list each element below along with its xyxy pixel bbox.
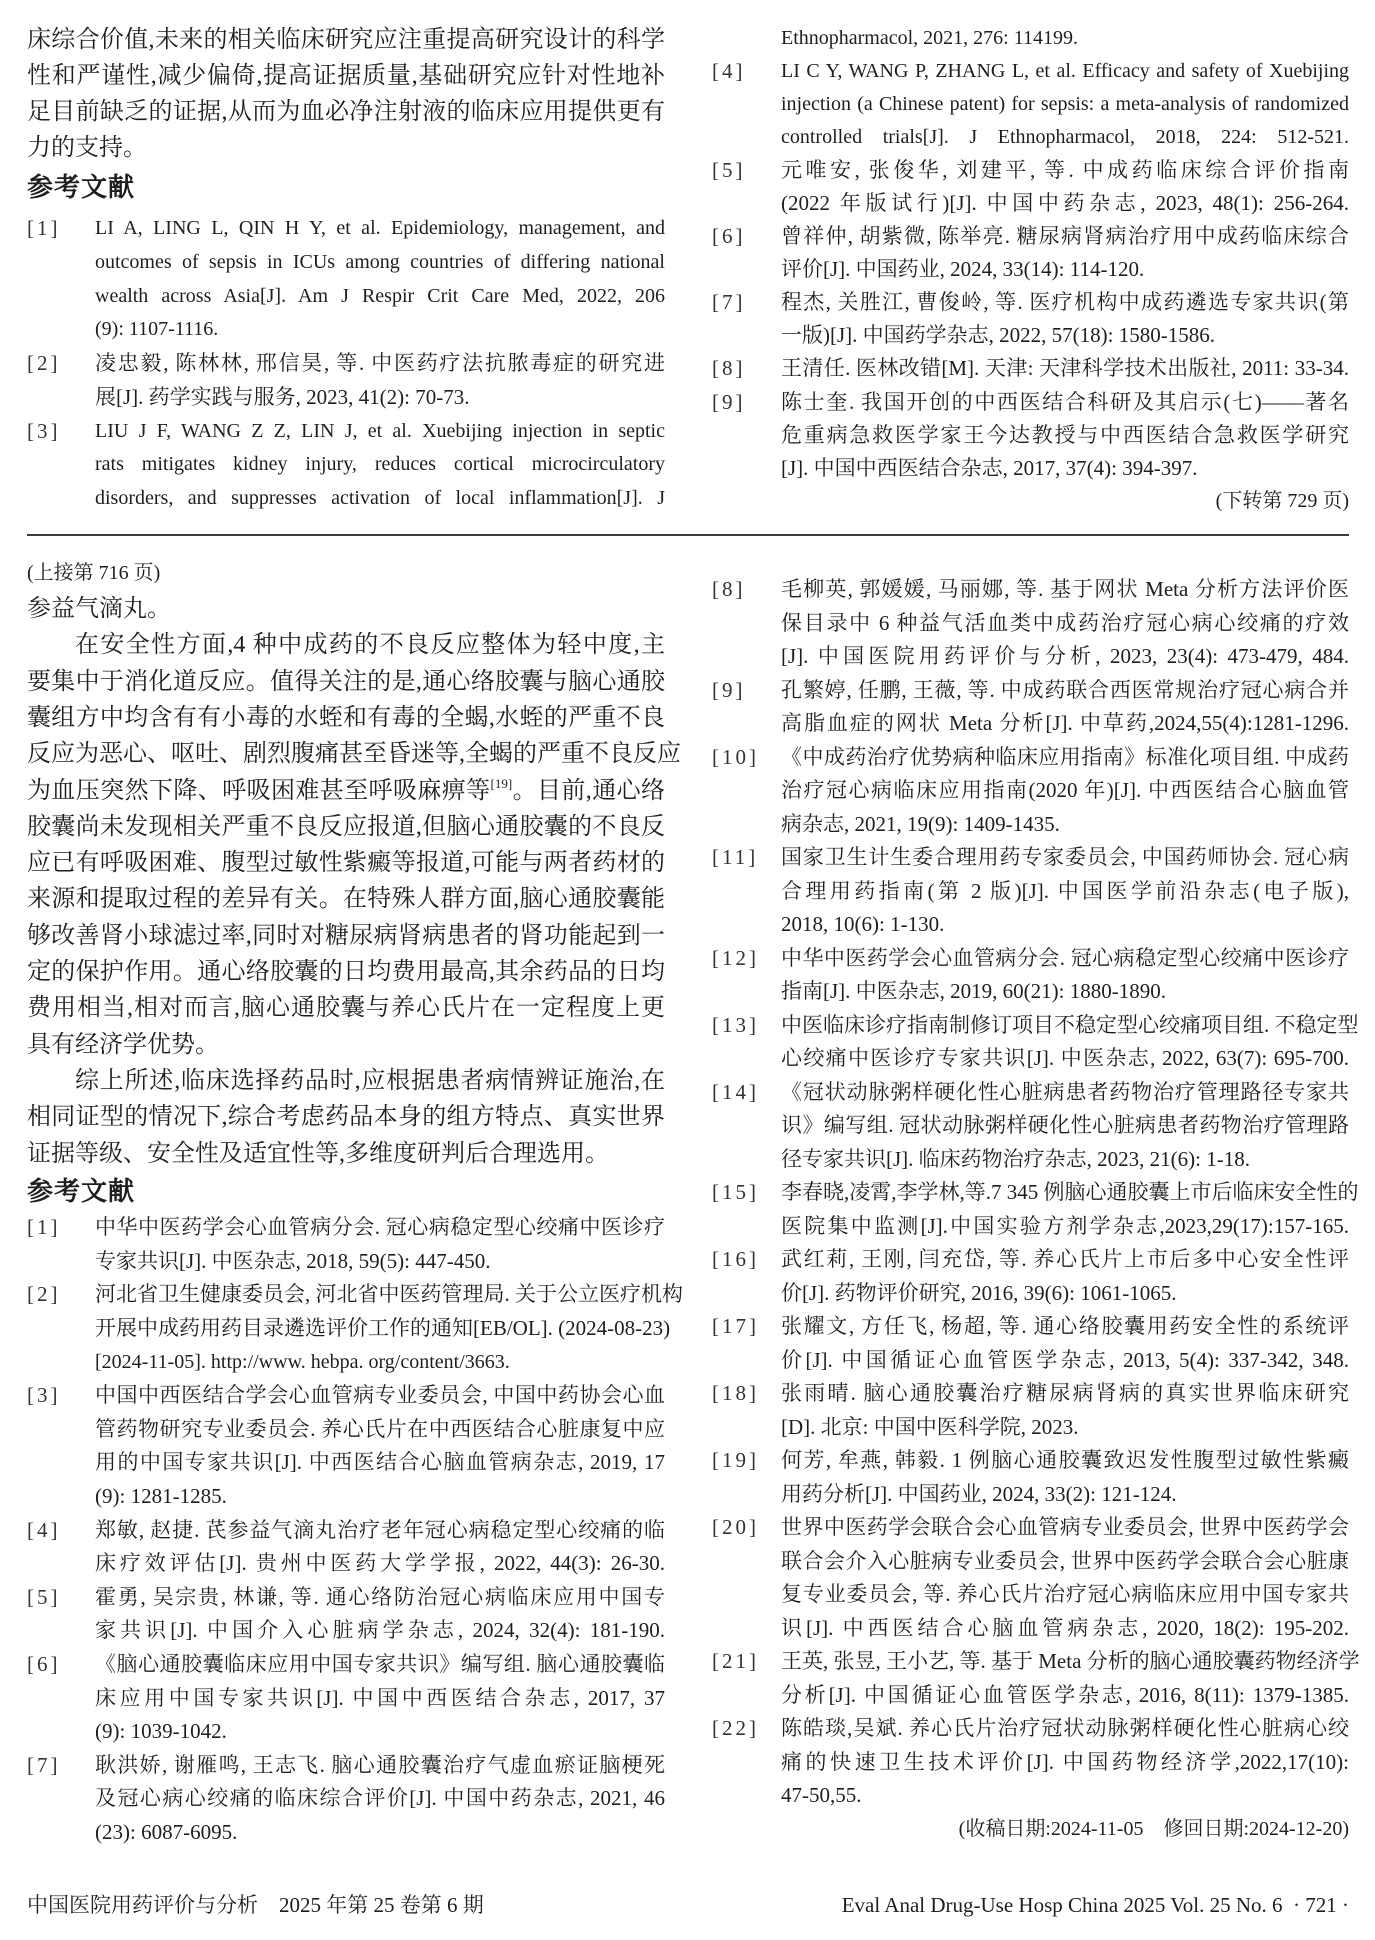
body-line: 够改善肾小球滤过率,同时对糖尿病肾病患者的肾功能起到一 [27,918,665,954]
reference-line: 中国中西医结合学会心血管病专业委员会, 中国中药协会心血 [95,1379,665,1413]
reference-item: [3] 中国中西医结合学会心血管病专业委员会, 中国中药协会心血 管药物研究专业… [27,1379,665,1513]
body-line: 床综合价值,未来的相关临床研究应注重提高研究设计的科学 [27,22,665,58]
reference-line: 合理用药指南(第 2 版)[J]. 中国医学前沿杂志(电子版), [781,875,1349,909]
reference-line: 耿洪娇, 谢雁鸣, 王志飞. 脑心通胶囊治疗气虚血瘀证脑梗死 [95,1749,665,1783]
reference-line: 毛柳英, 郭媛媛, 马丽娜, 等. 基于网状 Meta 分析方法评价医 [781,573,1349,607]
reference-number: [11] [712,841,758,875]
reference-line: 识[J]. 中西医结合心脑血管病杂志, 2020, 18(2): 195-202… [781,1612,1349,1646]
reference-number: [5] [27,1581,61,1615]
reference-number: [7] [27,1749,61,1783]
reference-item: [5] 元唯安, 张俊华, 刘建平, 等. 中成药临床综合评价指南 (2022 … [712,154,1349,220]
reference-line: 危重病急救医学家王今达教授与中西医结合急救医学研究 [781,419,1349,452]
continued-from-page-note: (上接第 716 页) [27,555,665,591]
reference-item: [7] 程杰, 关胜江, 曹俊岭, 等. 医疗机构中成药遴选专家共识(第 一版)… [712,286,1349,352]
reference-number: [4] [712,55,746,88]
body-line: 证据等级、安全性及适宜性等,多维度研判后合理选用。 [27,1136,665,1172]
line-text: 。目前,通心络 [512,778,665,804]
section-divider [27,534,1349,536]
reference-line: 世界中医药学会联合会心血管病专业委员会, 世界中医药学会 [781,1511,1349,1545]
reference-number: [20] [712,1511,759,1545]
reference-line: 治疗冠心病临床应用指南(2020 年)[J]. 中西医结合心脑血管 [781,774,1349,808]
reference-line: 价[J]. 中国循证心血管医学杂志, 2013, 5(4): 337-342, … [781,1344,1349,1378]
page-footer: 中国医院用药评价与分析 2025 年第 25 卷第 6 期 Eval Anal … [27,1890,1349,1920]
reference-number: [7] [712,286,746,319]
reference-number: [13] [712,1009,759,1043]
reference-line: 高脂血症的网状 Meta 分析[J]. 中草药,2024,55(4):1281-… [781,707,1349,741]
reference-line: 评价[J]. 中国药业, 2024, 33(14): 114-120. [781,253,1349,286]
reference-line: LI C Y, WANG P, ZHANG L, et al. Efficacy… [781,55,1349,88]
reference-line: 王英, 张昱, 王小艺, 等. 基于 Meta 分析的脑心通胶囊药物经济学 [781,1645,1349,1679]
reference-line: 程杰, 关胜江, 曹俊岭, 等. 医疗机构中成药遴选专家共识(第 [781,286,1349,319]
reference-line: 47-50,55. [781,1779,1349,1813]
reference-line: 陈士奎. 我国开创的中西医结合科研及其启示(七)——著名 [781,386,1349,419]
reference-number: [5] [712,154,746,187]
reference-item: [5] 霍勇, 吴宗贵, 林谦, 等. 通心络防治冠心病临床应用中国专 家共识[… [27,1581,665,1648]
body-line: 足目前缺乏的证据,从而为血必净注射液的临床应用提供更有 [27,94,665,130]
reference-line: 开展中成药用药目录遴选评价工作的通知[EB/OL]. (2024-08-23) [95,1312,665,1346]
reference-list: [1] LI A, LING L, QIN H Y, et al. Epidem… [27,212,665,516]
reference-item: [20] 世界中医药学会联合会心血管病专业委员会, 世界中医药学会 联合会介入心… [712,1511,1349,1645]
top-left-body: 床综合价值,未来的相关临床研究应注重提高研究设计的科学 性和严谨性,减少偏倚,提… [27,22,665,166]
reference-line: (9): 1281-1285. [95,1480,665,1514]
reference-number: [12] [712,942,759,976]
reference-number: [21] [712,1645,759,1679]
body-line: 参益气滴丸。 [27,591,665,627]
reference-number: [1] [27,212,61,246]
reference-item: [13] 中医临床诊疗指南制修订项目不稳定型心绞痛项目组. 不稳定型 心绞痛中医… [712,1009,1349,1076]
reference-item: [4] 郑敏, 赵捷. 芪参益气滴丸治疗老年冠心病稳定型心绞痛的临 床疗效评估[… [27,1514,665,1581]
body-line-with-citation: 为血压突然下降、呼吸困难甚至呼吸麻痹等[19]。目前,通心络 [27,773,665,809]
reference-line: 中华中医药学会心血管病分会. 冠心病稳定型心绞痛中医诊疗 [95,1211,665,1245]
reference-line: 分析[J]. 中国循证心血管医学杂志, 2016, 8(11): 1379-13… [781,1679,1349,1713]
reference-item: [3] LIU J F, WANG Z Z, LIN J, et al. Xue… [27,415,665,516]
reference-line: 价[J]. 药物评价研究, 2016, 39(6): 1061-1065. [781,1277,1349,1311]
reference-line: (2022 年版试行)[J]. 中国中药杂志, 2023, 48(1): 256… [781,187,1349,220]
body-line: 综上所述,临床选择药品时,应根据患者病情辨证施治,在 [27,1063,665,1099]
reference-item: [16] 武红莉, 王刚, 闫充岱, 等. 养心氏片上市后多中心安全性评 价[J… [712,1243,1349,1310]
citation-superscript: [19] [491,776,513,791]
reference-line: [J]. 中国中西医结合杂志, 2017, 37(4): 394-397. [781,452,1349,485]
body-line: 应已有呼吸困难、腹型过敏性紫癜等报道,可能与两者药材的 [27,845,665,881]
reference-line: 展[J]. 药学实践与服务, 2023, 41(2): 70-73. [95,381,665,415]
paragraph: 综上所述,临床选择药品时,应根据患者病情辨证施治,在 相同证型的情况下,综合考虑… [27,1063,665,1172]
paragraph: 在安全性方面,4 种中成药的不良反应整体为轻中度,主 要集中于消化道反应。值得关… [27,627,665,1063]
reference-list-continued: [8] 毛柳英, 郭媛媛, 马丽娜, 等. 基于网状 Meta 分析方法评价医 … [712,573,1349,1846]
reference-item: [14] 《冠状动脉粥样硬化性心脏病患者药物治疗管理路径专家共 识》编写组. 冠… [712,1076,1349,1177]
reference-line: 联合会介入心脏病专业委员会, 世界中医药学会联合会心脏康 [781,1545,1349,1579]
body-line: 要集中于消化道反应。值得关注的是,通心络胶囊与脑心通胶 [27,664,665,700]
reference-item: [17] 张耀文, 方任飞, 杨超, 等. 通心络胶囊用药安全性的系统评 价[J… [712,1310,1349,1377]
reference-line: (9): 1107-1116. [95,313,665,347]
footer-journal-english-page-number: Eval Anal Drug-Use Hosp China 2025 Vol. … [842,1890,1349,1920]
reference-number: [15] [712,1176,759,1210]
reference-line: 用的中国专家共识[J]. 中西医结合心脑血管病杂志, 2019, 17 [95,1446,665,1480]
reference-line: 床疗效评估[J]. 贵州中医药大学学报, 2022, 44(3): 26-30. [95,1547,665,1581]
reference-line: 及冠心病心绞痛的临床综合评价[J]. 中国中药杂志, 2021, 46 [95,1782,665,1816]
body-line: 性和严谨性,减少偏倚,提高证据质量,基础研究应针对性地补 [27,58,665,94]
body-line: 力的支持。 [27,130,665,166]
reference-item: [15] 李春晓,凌霄,李学林,等.7 345 例脑心通胶囊上市后临床安全性的 … [712,1176,1349,1243]
reference-line: 凌忠毅, 陈林林, 邢信昊, 等. 中医药疗法抗脓毒症的研究进 [95,347,665,381]
reference-item: [9] 孔繁婷, 任鹏, 王薇, 等. 中成药联合西医常规治疗冠心病合并 高脂血… [712,674,1349,741]
reference-item: [6] 《脑心通胶囊临床应用中国专家共识》编写组. 脑心通胶囊临 床应用中国专家… [27,1648,665,1749]
reference-number: [3] [27,1379,61,1413]
line-text: 为血压突然下降、呼吸困难甚至呼吸麻痹等 [27,778,491,804]
reference-line: 武红莉, 王刚, 闫充岱, 等. 养心氏片上市后多中心安全性评 [781,1243,1349,1277]
reference-item: [9] 陈士奎. 我国开创的中西医结合科研及其启示(七)——著名 危重病急救医学… [712,386,1349,485]
reference-number: [19] [712,1444,759,1478]
references-heading: 参考文献 [27,1172,135,1212]
received-revised-dates: (收稿日期:2024-11-05 修回日期:2024-12-20) [712,1813,1349,1847]
reference-item: [22] 陈皓琰,吴斌. 养心氏片治疗冠状动脉粥样硬化性心脏病心绞 痛的快速卫生… [712,1712,1349,1813]
reference-number: [8] [712,573,746,607]
reference-line: disorders, and suppresses activation of … [95,482,665,516]
reference-line: controlled trials[J]. J Ethnopharmacol, … [781,121,1349,154]
reference-item: [18] 张雨晴. 脑心通胶囊治疗糖尿病肾病的真实世界临床研究 [D]. 北京:… [712,1377,1349,1444]
reference-line: 孔繁婷, 任鹏, 王薇, 等. 中成药联合西医常规治疗冠心病合并 [781,674,1349,708]
reference-line: (9): 1039-1042. [95,1715,665,1749]
reference-number: [22] [712,1712,759,1746]
reference-line: [D]. 北京: 中国中医科学院, 2023. [781,1411,1349,1445]
reference-line: 一版)[J]. 中国药学杂志, 2022, 57(18): 1580-1586. [781,319,1349,352]
body-line: 囊组方中均含有有小毒的水蛭和有毒的全蝎,水蛭的严重不良 [27,700,665,736]
reference-line: injection (a Chinese patent) for sepsis:… [781,88,1349,121]
reference-item: [2] 凌忠毅, 陈林林, 邢信昊, 等. 中医药疗法抗脓毒症的研究进 展[J]… [27,347,665,415]
reference-line: 何芳, 牟燕, 韩毅. 1 例脑心通胶囊致迟发性腹型过敏性紫癜 [781,1444,1349,1478]
reference-line: 保目录中 6 种益气活血类中成药治疗冠心病心绞痛的疗效 [781,607,1349,641]
reference-line: 李春晓,凌霄,李学林,等.7 345 例脑心通胶囊上市后临床安全性的 [781,1176,1349,1210]
reference-line: 《中成药治疗优势病种临床应用指南》标准化项目组. 中成药 [781,741,1349,775]
body-line: 具有经济学优势。 [27,1027,665,1063]
reference-line: 河北省卫生健康委员会, 河北省中医药管理局. 关于公立医疗机构 [95,1278,665,1312]
reference-number: [6] [712,220,746,253]
reference-line: LI A, LING L, QIN H Y, et al. Epidemiolo… [95,212,665,246]
reference-number: [14] [712,1076,759,1110]
reference-line: Ethnopharmacol, 2021, 276: 114199. [781,22,1349,55]
reference-line: 复专业委员会, 等. 养心氏片治疗冠心病临床应用中国专家共 [781,1578,1349,1612]
body-line: 在安全性方面,4 种中成药的不良反应整体为轻中度,主 [27,627,665,663]
reference-line: [2024-11-05]. http://www. hebpa. org/con… [95,1346,665,1380]
reference-number: [2] [27,1278,61,1312]
reference-line: 病杂志, 2021, 19(9): 1409-1435. [781,808,1349,842]
reference-number: [2] [27,347,61,381]
reference-list: [1] 中华中医药学会心血管病分会. 冠心病稳定型心绞痛中医诊疗 专家共识[J]… [27,1211,665,1849]
reference-number: [18] [712,1377,759,1411]
reference-number: [3] [27,415,61,449]
reference-line: 国家卫生计生委合理用药专家委员会, 中国药师协会. 冠心病 [781,841,1349,875]
reference-item: [10] 《中成药治疗优势病种临床应用指南》标准化项目组. 中成药 治疗冠心病临… [712,741,1349,842]
footer-journal-chinese: 中国医院用药评价与分析 2025 年第 25 卷第 6 期 [27,1890,484,1920]
reference-line: 《脑心通胶囊临床应用中国专家共识》编写组. 脑心通胶囊临 [95,1648,665,1682]
reference-line: 《冠状动脉粥样硬化性心脏病患者药物治疗管理路径专家共 [781,1076,1349,1110]
body-line: 反应为恶心、呕吐、剧烈腹痛甚至昏迷等,全蝎的严重不良反应 [27,736,665,772]
reference-line: 2018, 10(6): 1-130. [781,908,1349,942]
reference-item: [19] 何芳, 牟燕, 韩毅. 1 例脑心通胶囊致迟发性腹型过敏性紫癜 用药分… [712,1444,1349,1511]
body-line: 费用相当,相对而言,脑心通胶囊与养心氏片在一定程度上更 [27,990,665,1026]
reference-continuation: Ethnopharmacol, 2021, 276: 114199. [712,22,1349,55]
body-line: 胶囊尚未发现相关严重不良反应报道,但脑心通胶囊的不良反 [27,809,665,845]
journal-page: 床综合价值,未来的相关临床研究应注重提高研究设计的科学 性和严谨性,减少偏倚,提… [0,0,1375,1940]
reference-number: [4] [27,1514,61,1548]
reference-item: [8] 毛柳英, 郭媛媛, 马丽娜, 等. 基于网状 Meta 分析方法评价医 … [712,573,1349,674]
reference-line: 曾祥仲, 胡紫微, 陈举亮. 糖尿病肾病治疗用中成药临床综合 [781,220,1349,253]
reference-number: [9] [712,386,746,419]
reference-line: LIU J F, WANG Z Z, LIN J, et al. Xuebiji… [95,415,665,449]
reference-item: [8] 王清任. 医林改错[M]. 天津: 天津科学技术出版社, 2011: 3… [712,352,1349,385]
reference-item: [1] LI A, LING L, QIN H Y, et al. Epidem… [27,212,665,347]
reference-number: [16] [712,1243,759,1277]
reference-line: 陈皓琰,吴斌. 养心氏片治疗冠状动脉粥样硬化性心脏病心绞 [781,1712,1349,1746]
reference-line: wealth across Asia[J]. Am J Respir Crit … [95,280,665,314]
reference-item: [11] 国家卫生计生委合理用药专家委员会, 中国药师协会. 冠心病 合理用药指… [712,841,1349,942]
reference-number: [1] [27,1211,61,1245]
reference-line: 专家共识[J]. 中医杂志, 2018, 59(5): 447-450. [95,1245,665,1279]
reference-number: [6] [27,1648,61,1682]
bottom-left-body: (上接第 716 页) 参益气滴丸。 在安全性方面,4 种中成药的不良反应整体为… [27,555,665,1172]
reference-line: 痛的快速卫生技术评价[J]. 中国药物经济学,2022,17(10): [781,1746,1349,1780]
reference-line: 王清任. 医林改错[M]. 天津: 天津科学技术出版社, 2011: 33-34… [781,352,1349,385]
reference-line: 心绞痛中医诊疗专家共识[J]. 中医杂志, 2022, 63(7): 695-7… [781,1042,1349,1076]
reference-number: [8] [712,352,746,385]
reference-item: [4] LI C Y, WANG P, ZHANG L, et al. Effi… [712,55,1349,154]
body-line: 来源和提取过程的差异有关。在特殊人群方面,脑心通胶囊能 [27,881,665,917]
body-line: 相同证型的情况下,综合考虑药品本身的组方特点、真实世界 [27,1099,665,1135]
reference-line: (23): 6087-6095. [95,1816,665,1850]
reference-line: 指南[J]. 中医杂志, 2019, 60(21): 1880-1890. [781,975,1349,1009]
reference-line: 郑敏, 赵捷. 芪参益气滴丸治疗老年冠心病稳定型心绞痛的临 [95,1514,665,1548]
reference-item: [2] 河北省卫生健康委员会, 河北省中医药管理局. 关于公立医疗机构 开展中成… [27,1278,665,1379]
reference-line: 家共识[J]. 中国介入心脏病学杂志, 2024, 32(4): 181-190… [95,1614,665,1648]
reference-line: 管药物研究专业委员会. 养心氏片在中西医结合心脏康复中应 [95,1413,665,1447]
reference-line: 中医临床诊疗指南制修订项目不稳定型心绞痛项目组. 不稳定型 [781,1009,1349,1043]
reference-item: [6] 曾祥仲, 胡紫微, 陈举亮. 糖尿病肾病治疗用中成药临床综合 评价[J]… [712,220,1349,286]
reference-item: [12] 中华中医药学会心血管病分会. 冠心病稳定型心绞痛中医诊疗 指南[J].… [712,942,1349,1009]
references-heading: 参考文献 [27,168,135,208]
reference-line: [J]. 中国医院用药评价与分析, 2023, 23(4): 473-479, … [781,640,1349,674]
reference-line: 张耀文, 方任飞, 杨超, 等. 通心络胶囊用药安全性的系统评 [781,1310,1349,1344]
body-line: 定的保护作用。通心络胶囊的日均费用最高,其余药品的日均 [27,954,665,990]
reference-number: [9] [712,674,746,708]
reference-item: [1] 中华中医药学会心血管病分会. 冠心病稳定型心绞痛中医诊疗 专家共识[J]… [27,1211,665,1278]
reference-line: outcomes of sepsis in ICUs among countri… [95,246,665,280]
reference-number: [17] [712,1310,759,1344]
reference-line: 用药分析[J]. 中国药业, 2024, 33(2): 121-124. [781,1478,1349,1512]
continued-on-page-note: (下转第 729 页) [712,485,1349,518]
reference-list-continued: Ethnopharmacol, 2021, 276: 114199. [4] L… [712,22,1349,518]
reference-line: 医院集中监测[J].中国实验方剂学杂志,2023,29(17):157-165. [781,1210,1349,1244]
reference-line: 床应用中国专家共识[J]. 中国中西医结合杂志, 2017, 37 [95,1682,665,1716]
reference-line: 霍勇, 吴宗贵, 林谦, 等. 通心络防治冠心病临床应用中国专 [95,1581,665,1615]
reference-number: [10] [712,741,759,775]
reference-line: 元唯安, 张俊华, 刘建平, 等. 中成药临床综合评价指南 [781,154,1349,187]
reference-line: 径专家共识[J]. 临床药物治疗杂志, 2023, 21(6): 1-18. [781,1143,1349,1177]
reference-line: 张雨晴. 脑心通胶囊治疗糖尿病肾病的真实世界临床研究 [781,1377,1349,1411]
reference-item: [7] 耿洪娇, 谢雁鸣, 王志飞. 脑心通胶囊治疗气虚血瘀证脑梗死 及冠心病心… [27,1749,665,1850]
reference-line: 识》编写组. 冠状动脉粥样硬化性心脏病患者药物治疗管理路 [781,1109,1349,1143]
reference-line: 中华中医药学会心血管病分会. 冠心病稳定型心绞痛中医诊疗 [781,942,1349,976]
reference-line: rats mitigates kidney injury, reduces co… [95,448,665,482]
reference-item: [21] 王英, 张昱, 王小艺, 等. 基于 Meta 分析的脑心通胶囊药物经… [712,1645,1349,1712]
